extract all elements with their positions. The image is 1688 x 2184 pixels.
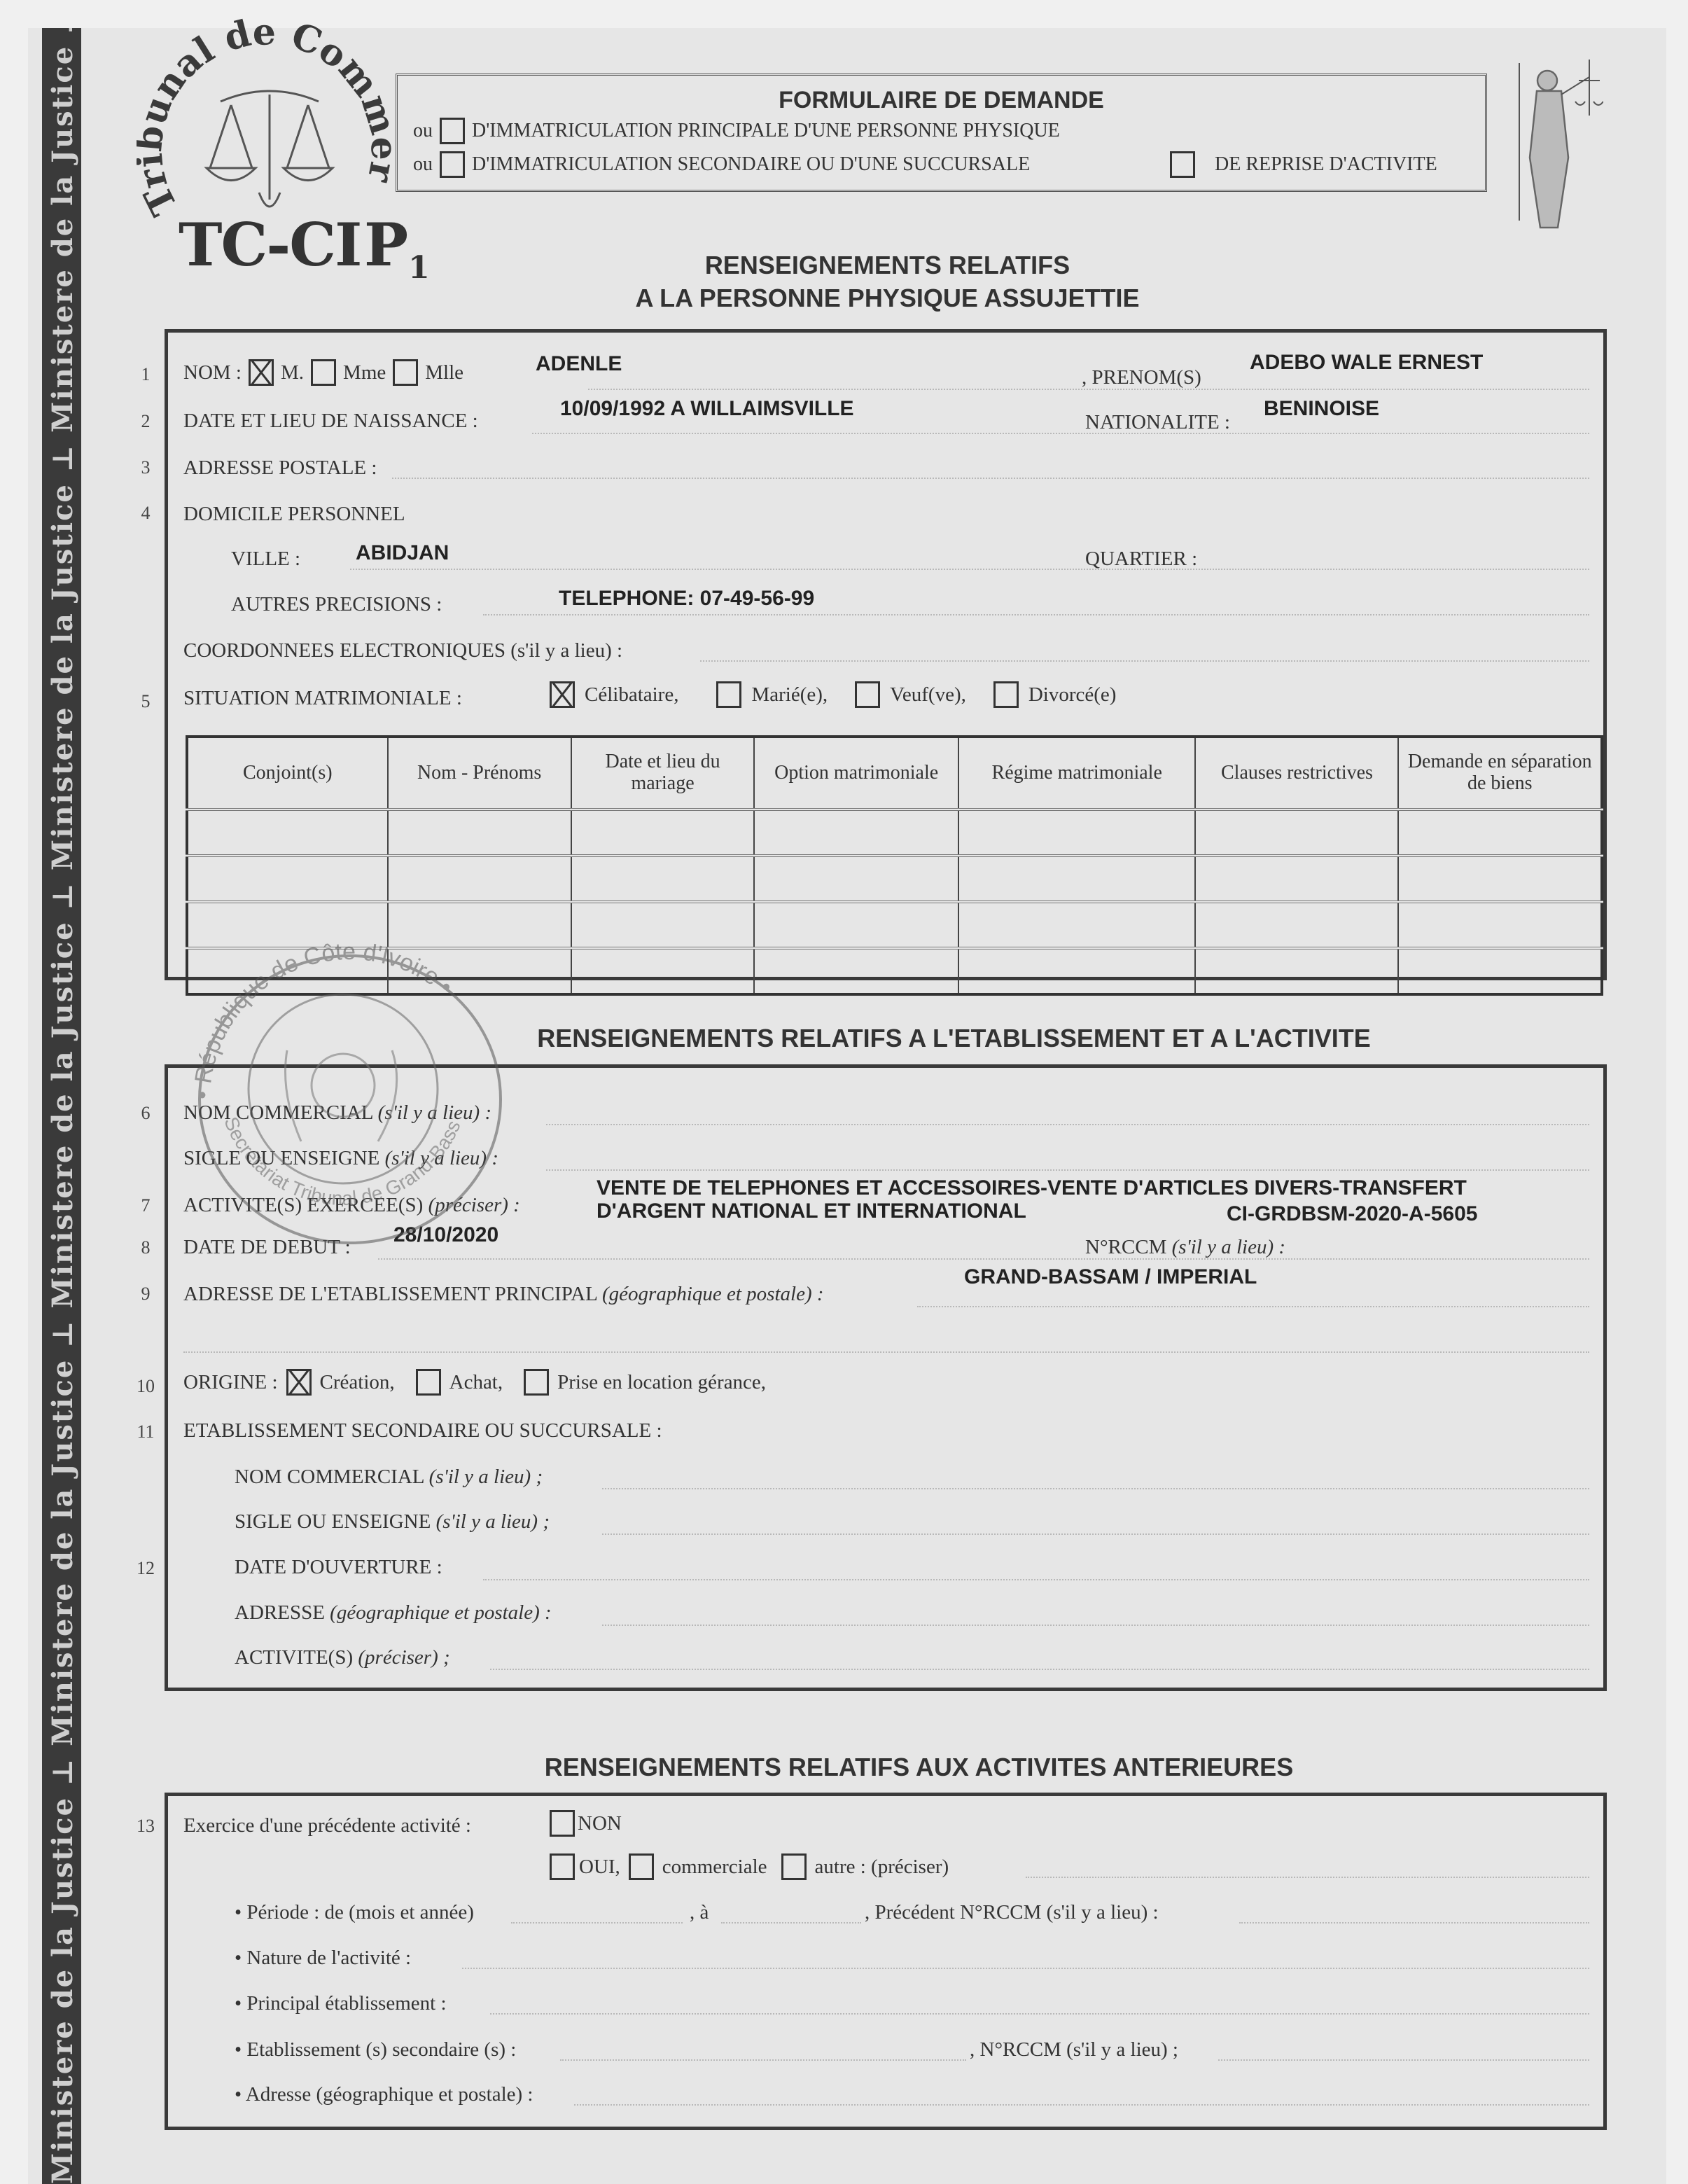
ville-label: VILLE : <box>231 548 300 571</box>
dotted-line <box>602 1488 1589 1489</box>
autres-precisions-value[interactable]: TELEPHONE: 07-49-56-99 <box>559 587 814 611</box>
dotted-line <box>1239 1922 1589 1924</box>
logo-arc-text: Tribunal de Commerce <box>137 18 405 222</box>
adresse-principal-label: ADRESSE DE L'ETABLISSEMENT PRINCIPAL (gé… <box>183 1283 824 1306</box>
section3-title: RENSEIGNEMENTS RELATIFS AUX ACTIVITES AN… <box>196 1753 1642 1782</box>
sec-sigle-label: SIGLE OU ENSEIGNE (s'il y a lieu) ; <box>235 1510 550 1533</box>
periode-label: • Période : de (mois et année) <box>235 1901 474 1924</box>
dotted-line <box>546 1169 1589 1171</box>
dotted-line <box>721 1922 861 1924</box>
request-type-box: FORMULAIRE DE DEMANDE ou D'IMMATRICULATI… <box>396 74 1487 192</box>
coordonnees-label: COORDONNEES ELECTRONIQUES (s'il y a lieu… <box>183 639 622 662</box>
dotted-line <box>917 1306 1589 1307</box>
adresse-postale-label: ADRESSE POSTALE : <box>183 457 377 480</box>
adresse-principal-value[interactable]: GRAND-BASSAM / IMPERIAL <box>964 1265 1257 1289</box>
sigle-label: SIGLE OU ENSEIGNE (s'il y a lieu) : <box>183 1147 498 1170</box>
quartier-label: QUARTIER : <box>1085 548 1197 571</box>
dotted-line <box>483 1579 1589 1580</box>
table-row <box>187 948 1602 994</box>
option-reprise: DE REPRISE D'ACTIVITE <box>1170 151 1437 178</box>
checkbox-civility-mme[interactable] <box>311 359 336 386</box>
section3-box: 13 Exercice d'une précédente activité : … <box>165 1793 1607 2130</box>
nationalite-label: NATIONALITE : <box>1085 411 1230 434</box>
dotted-line <box>483 614 1589 615</box>
nationalite-value[interactable]: BENINOISE <box>1264 397 1379 421</box>
option-oui-row: OUI, commerciale autre : (préciser) <box>550 1853 949 1880</box>
ministry-strip: Ministere de la Justice ⊥ Ministere de l… <box>42 28 81 2184</box>
checkbox-non[interactable] <box>550 1810 575 1837</box>
dotted-line <box>490 2013 1589 2015</box>
marriage-table: Conjoint(s) Nom - Prénoms Date et lieu d… <box>186 735 1603 996</box>
etablissement-secondaire-label: • Etablissement (s) secondaire (s) : <box>235 2038 516 2061</box>
nom-commercial-label: NOM COMMERCIAL (s'il y a lieu) : <box>183 1101 491 1125</box>
dotted-line <box>700 660 1589 662</box>
checkbox-civility-m[interactable] <box>249 359 274 386</box>
precedent-rccm-label: , Précédent N°RCCM (s'il y a lieu) : <box>865 1901 1159 1924</box>
date-debut-label: DATE DE DEBUT : <box>183 1236 351 1259</box>
checkbox-achat[interactable] <box>416 1369 441 1396</box>
nom-value[interactable]: ADENLE <box>536 352 622 376</box>
lady-justice-icon <box>1505 53 1603 235</box>
section2-title: RENSEIGNEMENTS RELATIFS A L'ETABLISSEMEN… <box>231 1024 1677 1053</box>
prenom-value[interactable]: ADEBO WALE ERNEST <box>1250 351 1483 375</box>
date-debut-value[interactable]: 28/10/2020 <box>393 1223 498 1247</box>
dotted-line <box>462 1968 1589 1969</box>
dotted-line <box>546 1124 1589 1125</box>
principal-etablissement-label: • Principal établissement : <box>235 1992 447 2015</box>
adresse-anterieure-label: • Adresse (géographique et postale) : <box>235 2083 533 2106</box>
dotted-line <box>183 1351 1589 1353</box>
exercice-label: Exercice d'une précédente activité : <box>183 1814 471 1837</box>
checkbox-commerciale[interactable] <box>629 1853 654 1880</box>
option-secondaire: ou D'IMMATRICULATION SECONDAIRE OU D'UNE… <box>413 151 1030 178</box>
checkbox-oui[interactable] <box>550 1853 575 1880</box>
section2-box: 6 7 8 9 10 11 12 NOM COMMERCIAL (s'il y … <box>165 1064 1607 1691</box>
sec-date-ouverture-label: DATE D'OUVERTURE : <box>235 1556 442 1579</box>
situation-label: SITUATION MATRIMONIALE : <box>183 687 462 710</box>
sec-nom-commercial-label: NOM COMMERCIAL (s'il y a lieu) ; <box>235 1466 543 1489</box>
dotted-line <box>511 1922 683 1924</box>
table-row <box>187 902 1602 948</box>
svg-text:Tribunal de Commerce: Tribunal de Commerce <box>137 18 405 222</box>
dotted-line <box>1218 2059 1589 2061</box>
section1-box: 1 2 3 4 5 NOM : M. Mme Mlle ADENLE , PRE… <box>165 329 1607 980</box>
option-principal: ou D'IMMATRICULATION PRINCIPALE D'UNE PE… <box>413 118 1060 144</box>
prenom-label: , PRENOM(S) <box>1082 366 1201 389</box>
rccm-value[interactable]: CI-GRDBSM-2020-A-5605 <box>1227 1202 1477 1226</box>
checkbox-celibataire[interactable] <box>550 681 575 708</box>
option-non: NON <box>550 1810 622 1837</box>
marriage-table-header: Conjoint(s) Nom - Prénoms Date et lieu d… <box>187 737 1602 809</box>
checkbox-principal[interactable] <box>440 118 465 144</box>
sec-activite-label: ACTIVITE(S) (préciser) ; <box>235 1646 450 1669</box>
table-row <box>187 856 1602 902</box>
checkbox-autre[interactable] <box>781 1853 807 1880</box>
dotted-line <box>602 1533 1589 1535</box>
domicile-label: DOMICILE PERSONNEL <box>183 503 405 526</box>
dotted-line <box>532 433 1589 434</box>
ville-value[interactable]: ABIDJAN <box>356 541 449 565</box>
checkbox-civility-mlle[interactable] <box>393 359 418 386</box>
checkbox-creation[interactable] <box>286 1369 312 1396</box>
dotted-line <box>392 478 1589 479</box>
dotted-line <box>560 2059 966 2061</box>
activites-value-line2[interactable]: D'ARGENT NATIONAL ET INTERNATIONAL <box>597 1199 1026 1223</box>
dotted-line <box>350 569 1589 570</box>
situation-options: Célibataire, Marié(e), Veuf(ve), Divorcé… <box>550 681 1116 708</box>
nature-activite-label: • Nature de l'activité : <box>235 1947 411 1970</box>
naissance-value[interactable]: 10/09/1992 A WILLAIMSVILLE <box>560 397 854 421</box>
origine-row: ORIGINE : Création, Achat, Prise en loca… <box>183 1369 766 1396</box>
secondaire-rccm-label: , N°RCCM (s'il y a lieu) ; <box>970 2038 1178 2061</box>
table-row <box>187 809 1602 856</box>
dotted-line <box>602 1625 1589 1626</box>
checkbox-divorce[interactable] <box>993 681 1019 708</box>
dotted-line <box>378 1258 1589 1260</box>
activites-value-line1[interactable]: VENTE DE TELEPHONES ET ACCESSOIRES-VENTE… <box>597 1176 1467 1200</box>
checkbox-marie[interactable] <box>716 681 741 708</box>
autres-precisions-label: AUTRES PRECISIONS : <box>231 593 442 616</box>
periode-a-label: , à <box>690 1901 709 1924</box>
dotted-line <box>490 1669 1589 1670</box>
dotted-line <box>1026 1877 1589 1878</box>
naissance-label: DATE ET LIEU DE NAISSANCE : <box>183 410 478 433</box>
section1-title-line2: A LA PERSONNE PHYSIQUE ASSUJETTIE <box>165 284 1610 313</box>
rccm-label: N°RCCM (s'il y a lieu) : <box>1085 1236 1285 1259</box>
ministry-strip-text: Ministere de la Justice ⊥ Ministere de l… <box>46 28 79 2184</box>
checkbox-location-gerance[interactable] <box>524 1369 549 1396</box>
checkbox-veuf[interactable] <box>855 681 880 708</box>
secondaire-label: ETABLISSEMENT SECONDAIRE OU SUCCURSALE : <box>183 1419 662 1442</box>
request-form-title: FORMULAIRE DE DEMANDE <box>398 87 1485 114</box>
dotted-line <box>574 2104 1589 2106</box>
checkbox-reprise[interactable] <box>1170 151 1195 178</box>
section1-title-line1: RENSEIGNEMENTS RELATIFS <box>165 251 1610 280</box>
sec-adresse-label: ADRESSE (géographique et postale) : <box>235 1601 552 1625</box>
dotted-line <box>588 389 1589 390</box>
nom-row: NOM : M. Mme Mlle <box>183 359 463 386</box>
checkbox-secondaire[interactable] <box>440 151 465 178</box>
activites-label: ACTIVITE(S) EXERCEE(S) (préciser) : <box>183 1194 520 1217</box>
